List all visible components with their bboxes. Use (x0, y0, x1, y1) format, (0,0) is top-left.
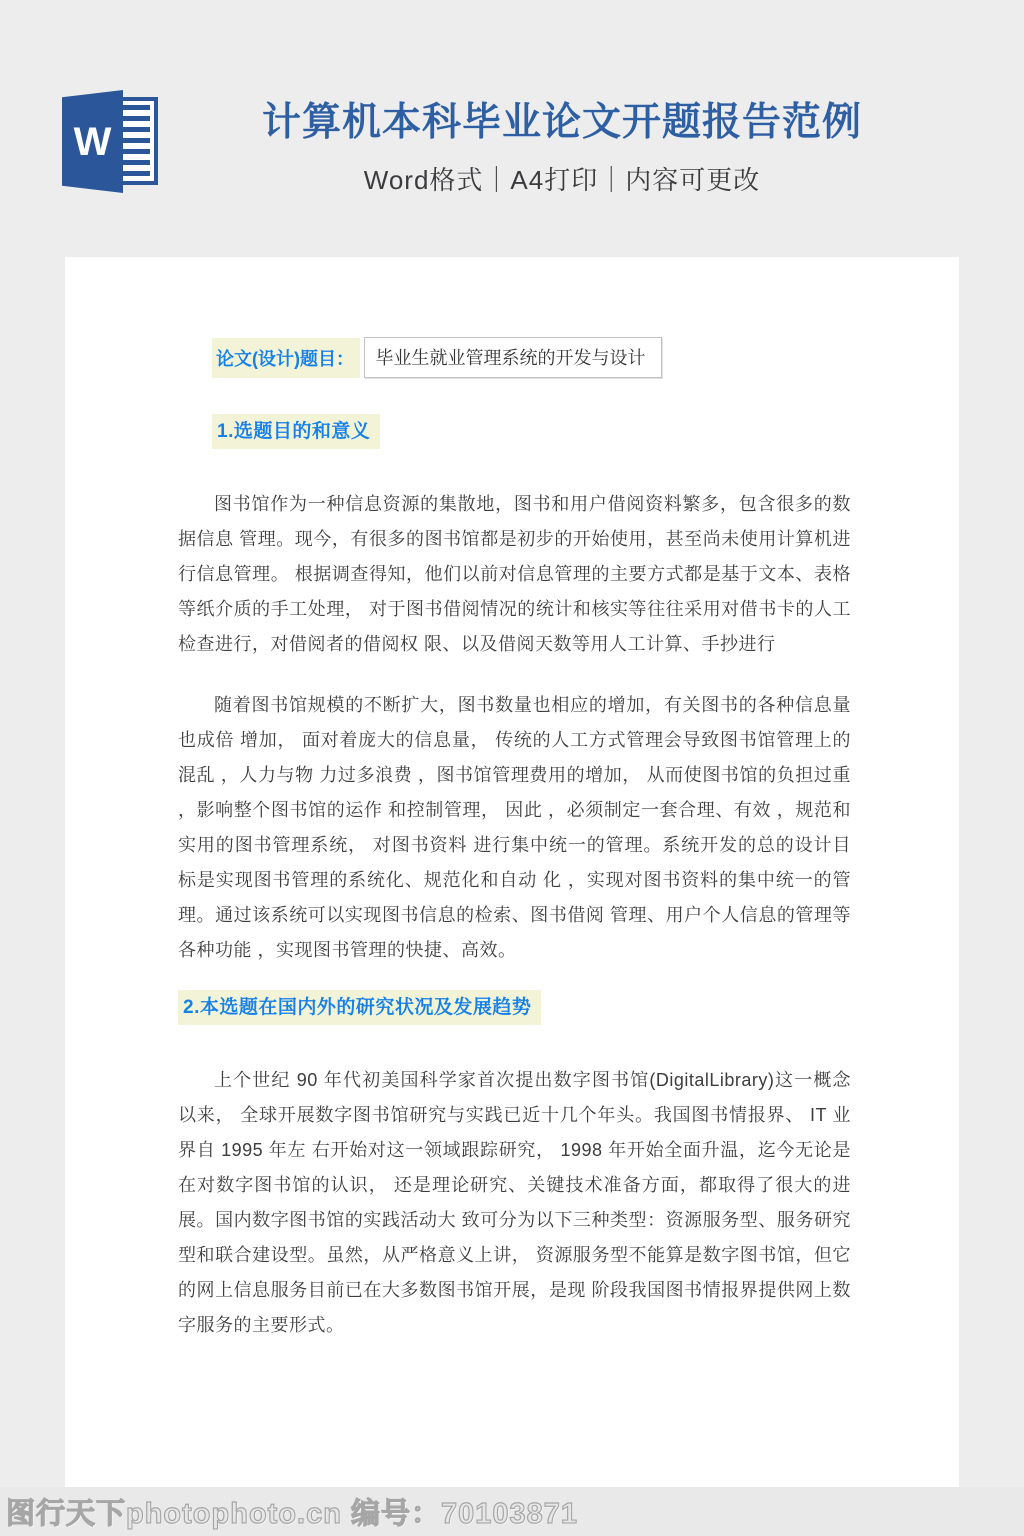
page-header: W 计算机本科毕业论文开题报告范例 Word格式｜A4打印｜内容可更改 (0, 0, 1024, 257)
section-1-paragraph-2: 随着图书馆规模的不断扩大，图书数量也相应的增加，有关图书的各种信息量也成倍 增加… (178, 688, 851, 968)
document-content: 论文(设计)题目： 毕业生就业管理系统的开发与设计 1.选题目的和意义 图书馆作… (65, 257, 959, 1343)
page-subtitle: Word格式｜A4打印｜内容可更改 (160, 160, 964, 197)
section-1-heading-row: 1.选题目的和意义 (212, 414, 851, 449)
word-logo-text-lines (120, 105, 150, 177)
section-1-paragraph-1: 图书馆作为一种信息资源的集散地，图书和用户借阅资料繁多，包含很多的数据信息 管理… (178, 487, 851, 662)
word-logo-cover: W (62, 90, 123, 193)
word-logo-letter: W (74, 122, 112, 162)
document-preview-card: 论文(设计)题目： 毕业生就业管理系统的开发与设计 1.选题目的和意义 图书馆作… (65, 257, 959, 1487)
header-text-block: 计算机本科毕业论文开题报告范例 Word格式｜A4打印｜内容可更改 (160, 100, 964, 197)
watermark-text: 图行天下photophoto.cn 编号：70103871 (6, 1491, 578, 1532)
section-2-heading-row: 2.本选题在国内外的研究状况及发展趋势 (178, 990, 851, 1025)
section-1-heading: 1.选题目的和意义 (212, 414, 380, 449)
word-logo-icon: W (62, 90, 158, 193)
footer-bar: 图行天下photophoto.cn 编号：70103871 (0, 1487, 1024, 1536)
thesis-title-row: 论文(设计)题目： 毕业生就业管理系统的开发与设计 (212, 337, 851, 378)
section-2-heading: 2.本选题在国内外的研究状况及发展趋势 (178, 990, 541, 1025)
section-2-paragraph-1: 上个世纪 90 年代初美国科学家首次提出数字图书馆(DigitalLibrary… (178, 1063, 851, 1343)
thesis-title-label: 论文(设计)题目： (212, 338, 360, 378)
thesis-title-field: 毕业生就业管理系统的开发与设计 (364, 337, 662, 378)
page-title: 计算机本科毕业论文开题报告范例 (160, 100, 964, 147)
